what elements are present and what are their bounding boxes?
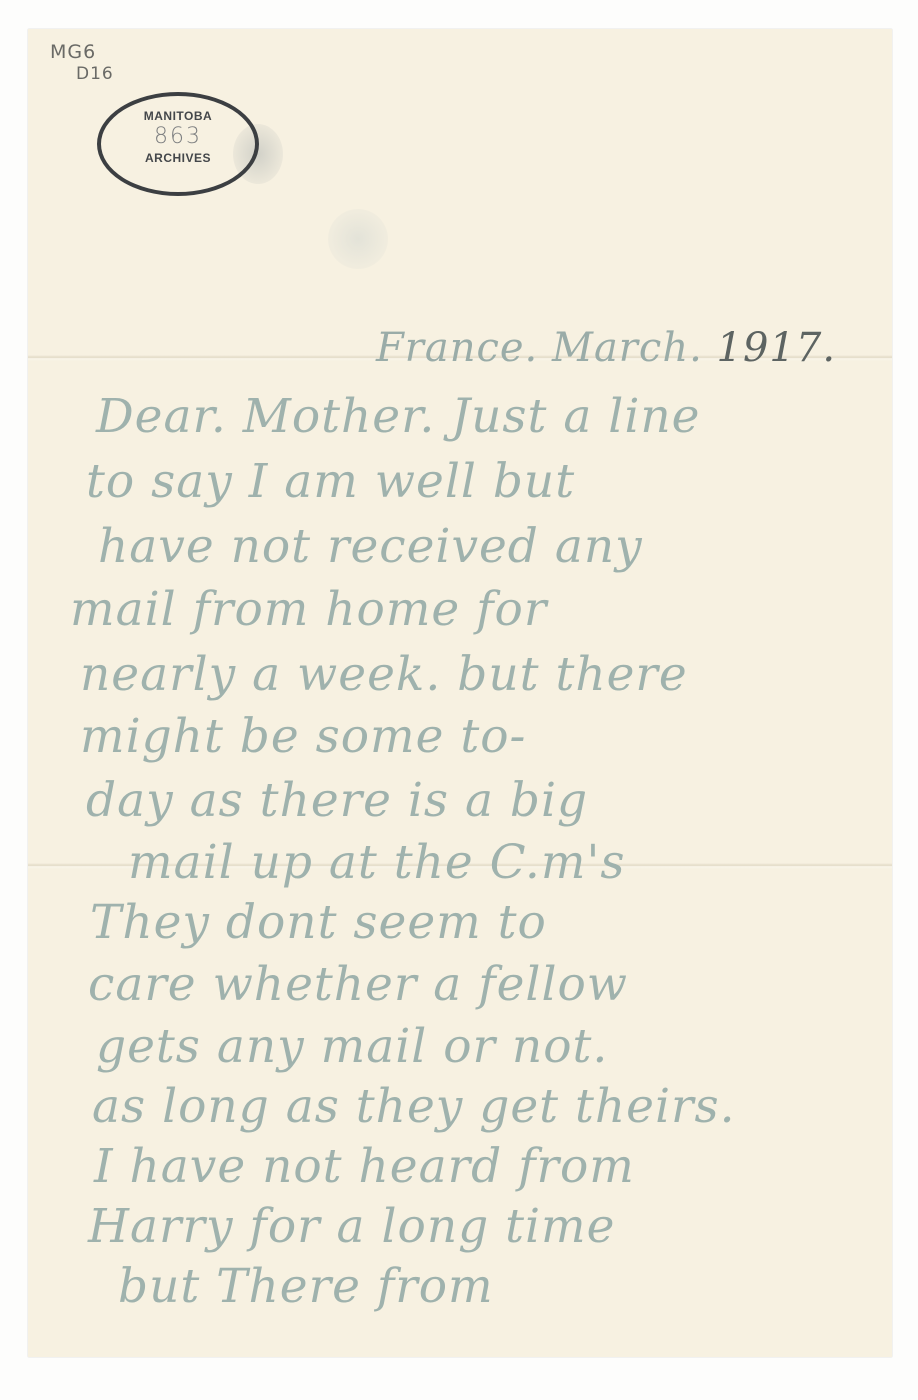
- dateline-place-month: France. March.: [376, 325, 703, 371]
- letter-line: mail up at the C.m's: [128, 835, 625, 890]
- dateline-year: 1917.: [717, 325, 837, 371]
- letter-line: might be some to-: [80, 709, 526, 764]
- letter-line: as long as they get theirs.: [92, 1079, 736, 1134]
- letter-paper: MG6 D16 MANITOBA 863 ARCHIVES France. Ma…: [28, 29, 892, 1357]
- letter-body: France. March. 1917. Dear. Mother. Just …: [28, 29, 892, 1357]
- letter-line: to say I am well but: [86, 454, 575, 509]
- letter-line: care whether a fellow: [88, 957, 628, 1012]
- dateline: France. March. 1917.: [376, 325, 836, 371]
- letter-line: They dont seem to: [90, 895, 547, 950]
- letter-line: have not received any: [98, 519, 643, 574]
- letter-line: Dear. Mother. Just a line: [96, 389, 700, 444]
- letter-line: I have not heard from: [94, 1139, 635, 1194]
- letter-line: mail from home for: [70, 582, 547, 637]
- letter-line: nearly a week. but there: [80, 647, 688, 702]
- letter-line: Harry for a long time: [88, 1199, 615, 1254]
- letter-line: day as there is a big: [86, 773, 588, 828]
- letter-line: gets any mail or not.: [96, 1019, 608, 1074]
- letter-line: but There from: [118, 1259, 494, 1314]
